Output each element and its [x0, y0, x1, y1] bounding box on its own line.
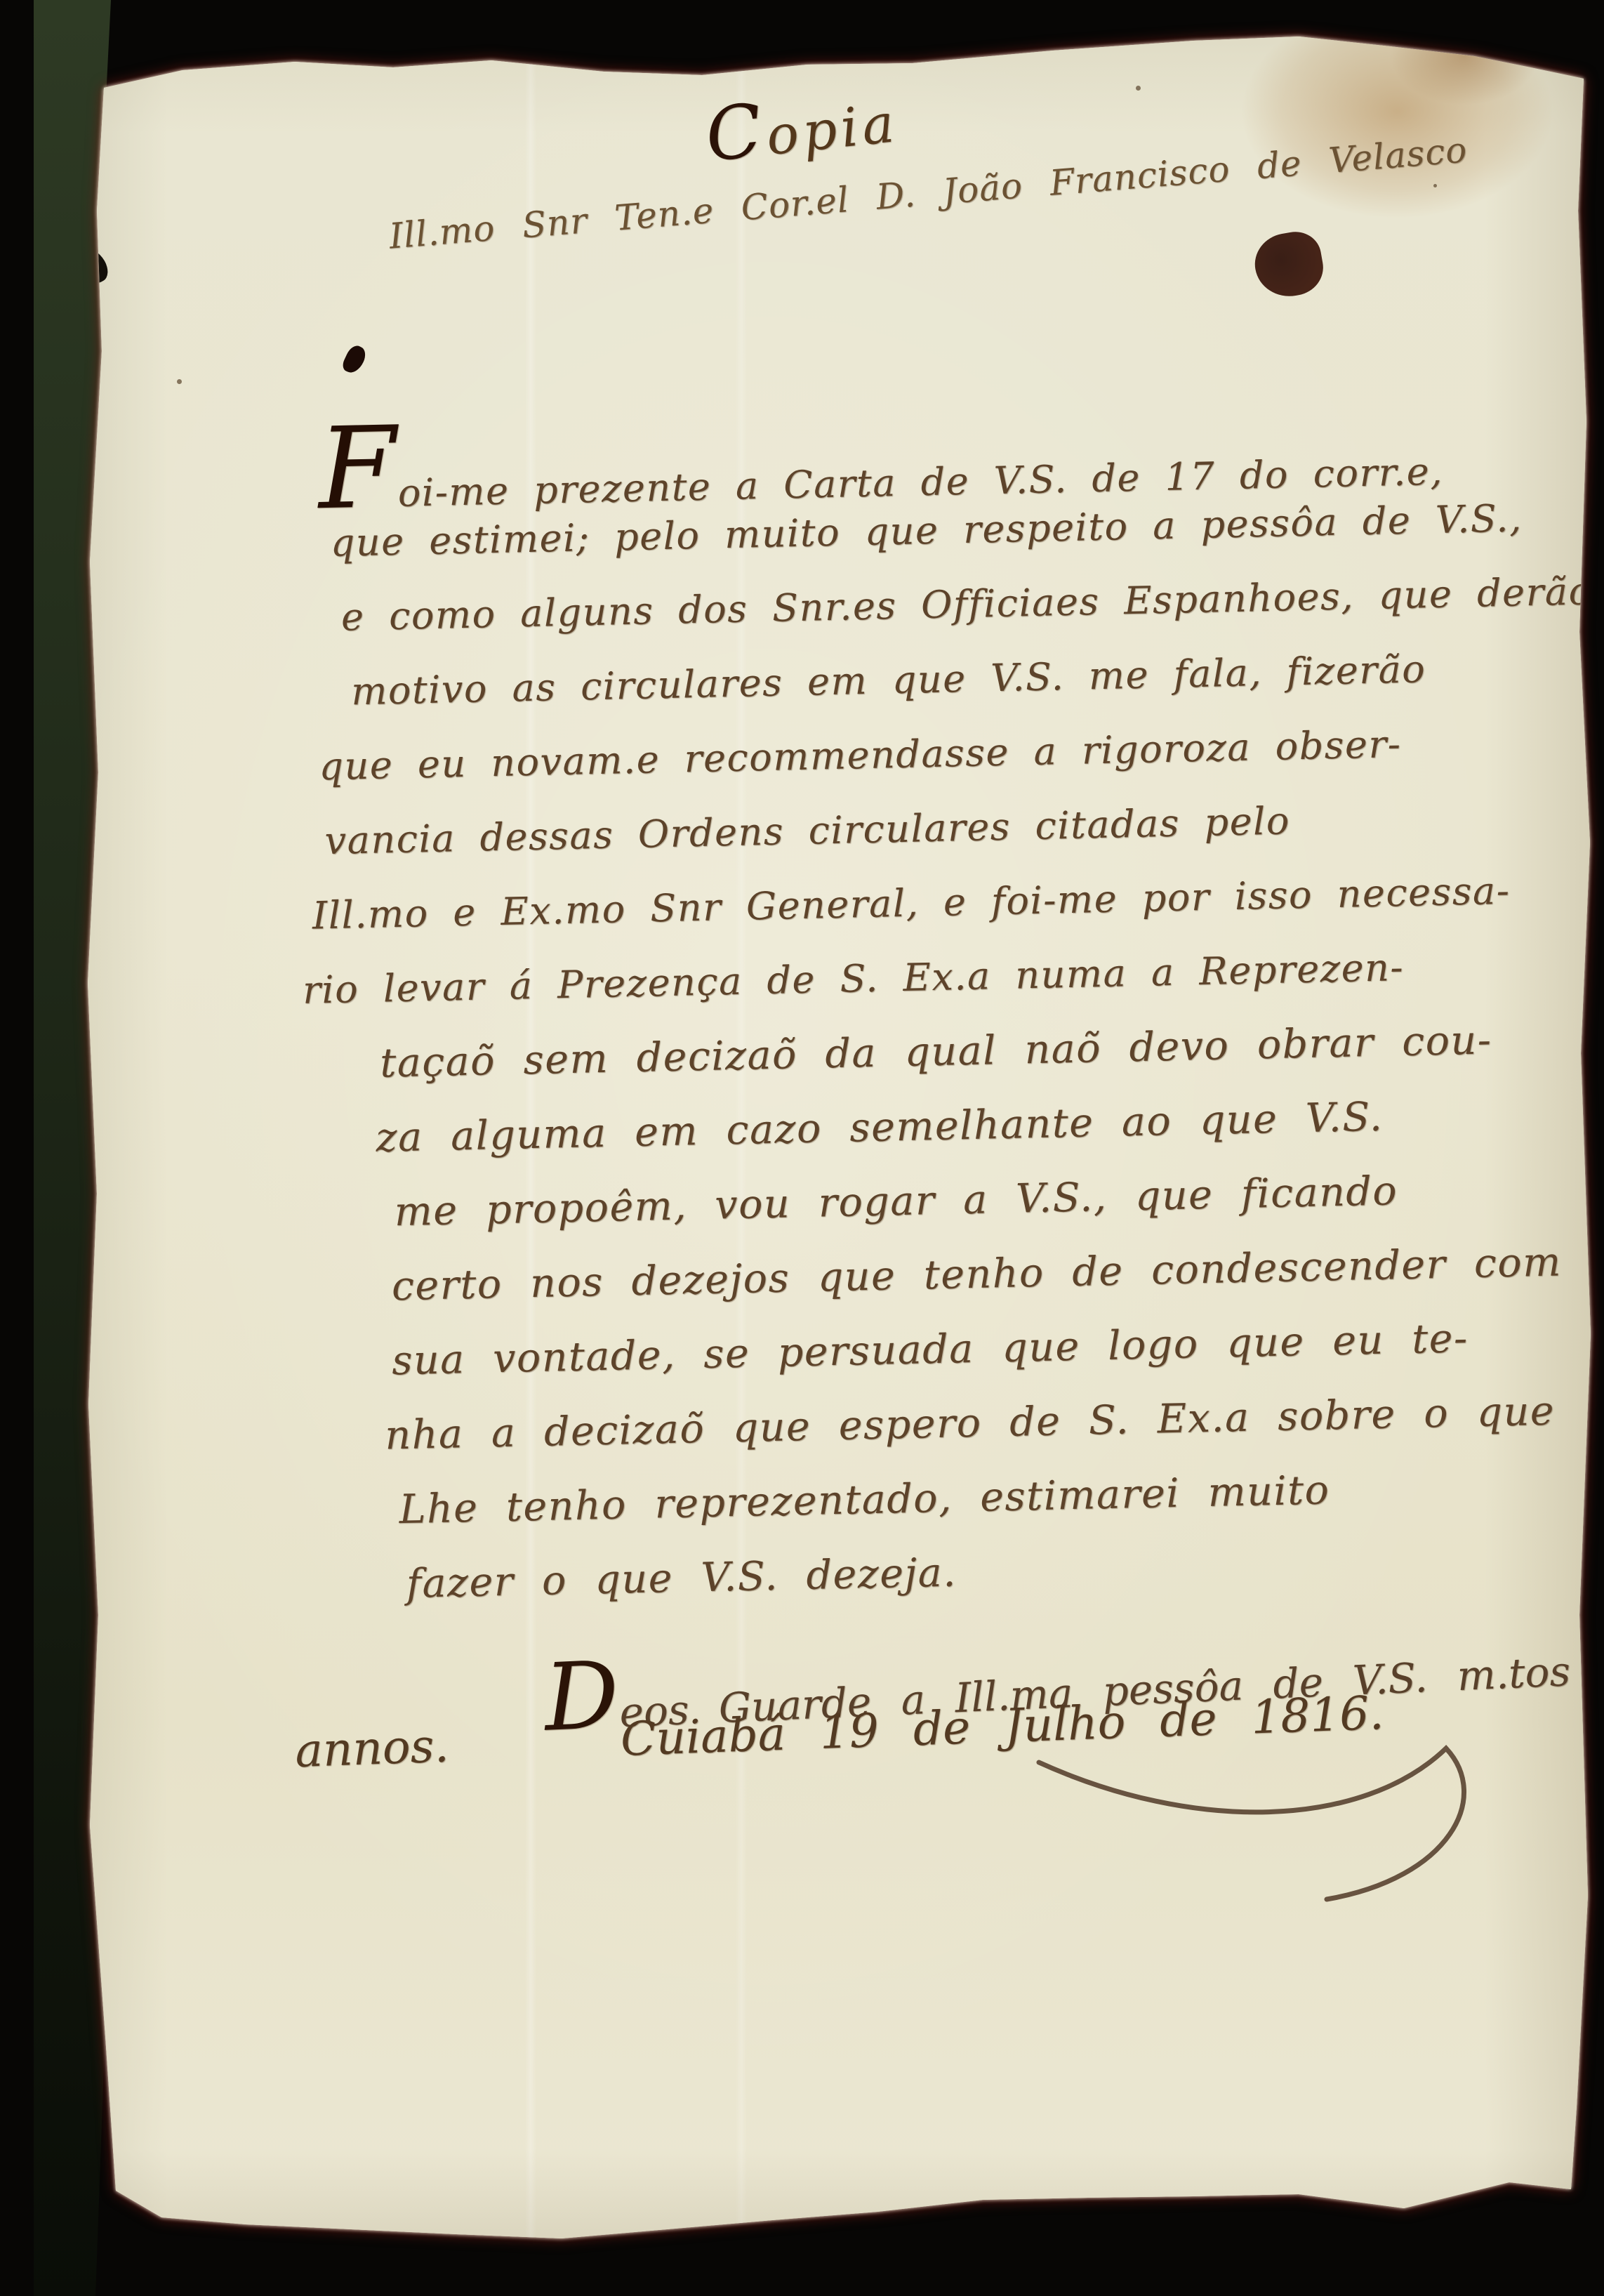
paper-speck [1433, 184, 1437, 187]
manuscript-page: Copia Ill.mo Snr Ten.e Cor.el D. João Fr… [0, 0, 1604, 2296]
letter-body: Foi-me prezente a Carta de V.S. de 17 do… [317, 405, 1604, 1623]
page-title: Copia [701, 73, 901, 178]
scan-canvas: { "document": { "label": "Copia", "addre… [0, 0, 1604, 2296]
paper-speck [177, 379, 182, 384]
ink-blot [1250, 227, 1327, 301]
ink-blot [74, 244, 112, 287]
paper-stain [1235, 14, 1572, 246]
addressee-line: Ill.mo Snr Ten.e Cor.el D. João Francisc… [387, 129, 1469, 256]
ink-blot [340, 343, 369, 376]
paper-speck [1136, 86, 1141, 91]
paper-wrap: Copia Ill.mo Snr Ten.e Cor.el D. João Fr… [0, 0, 1604, 2296]
